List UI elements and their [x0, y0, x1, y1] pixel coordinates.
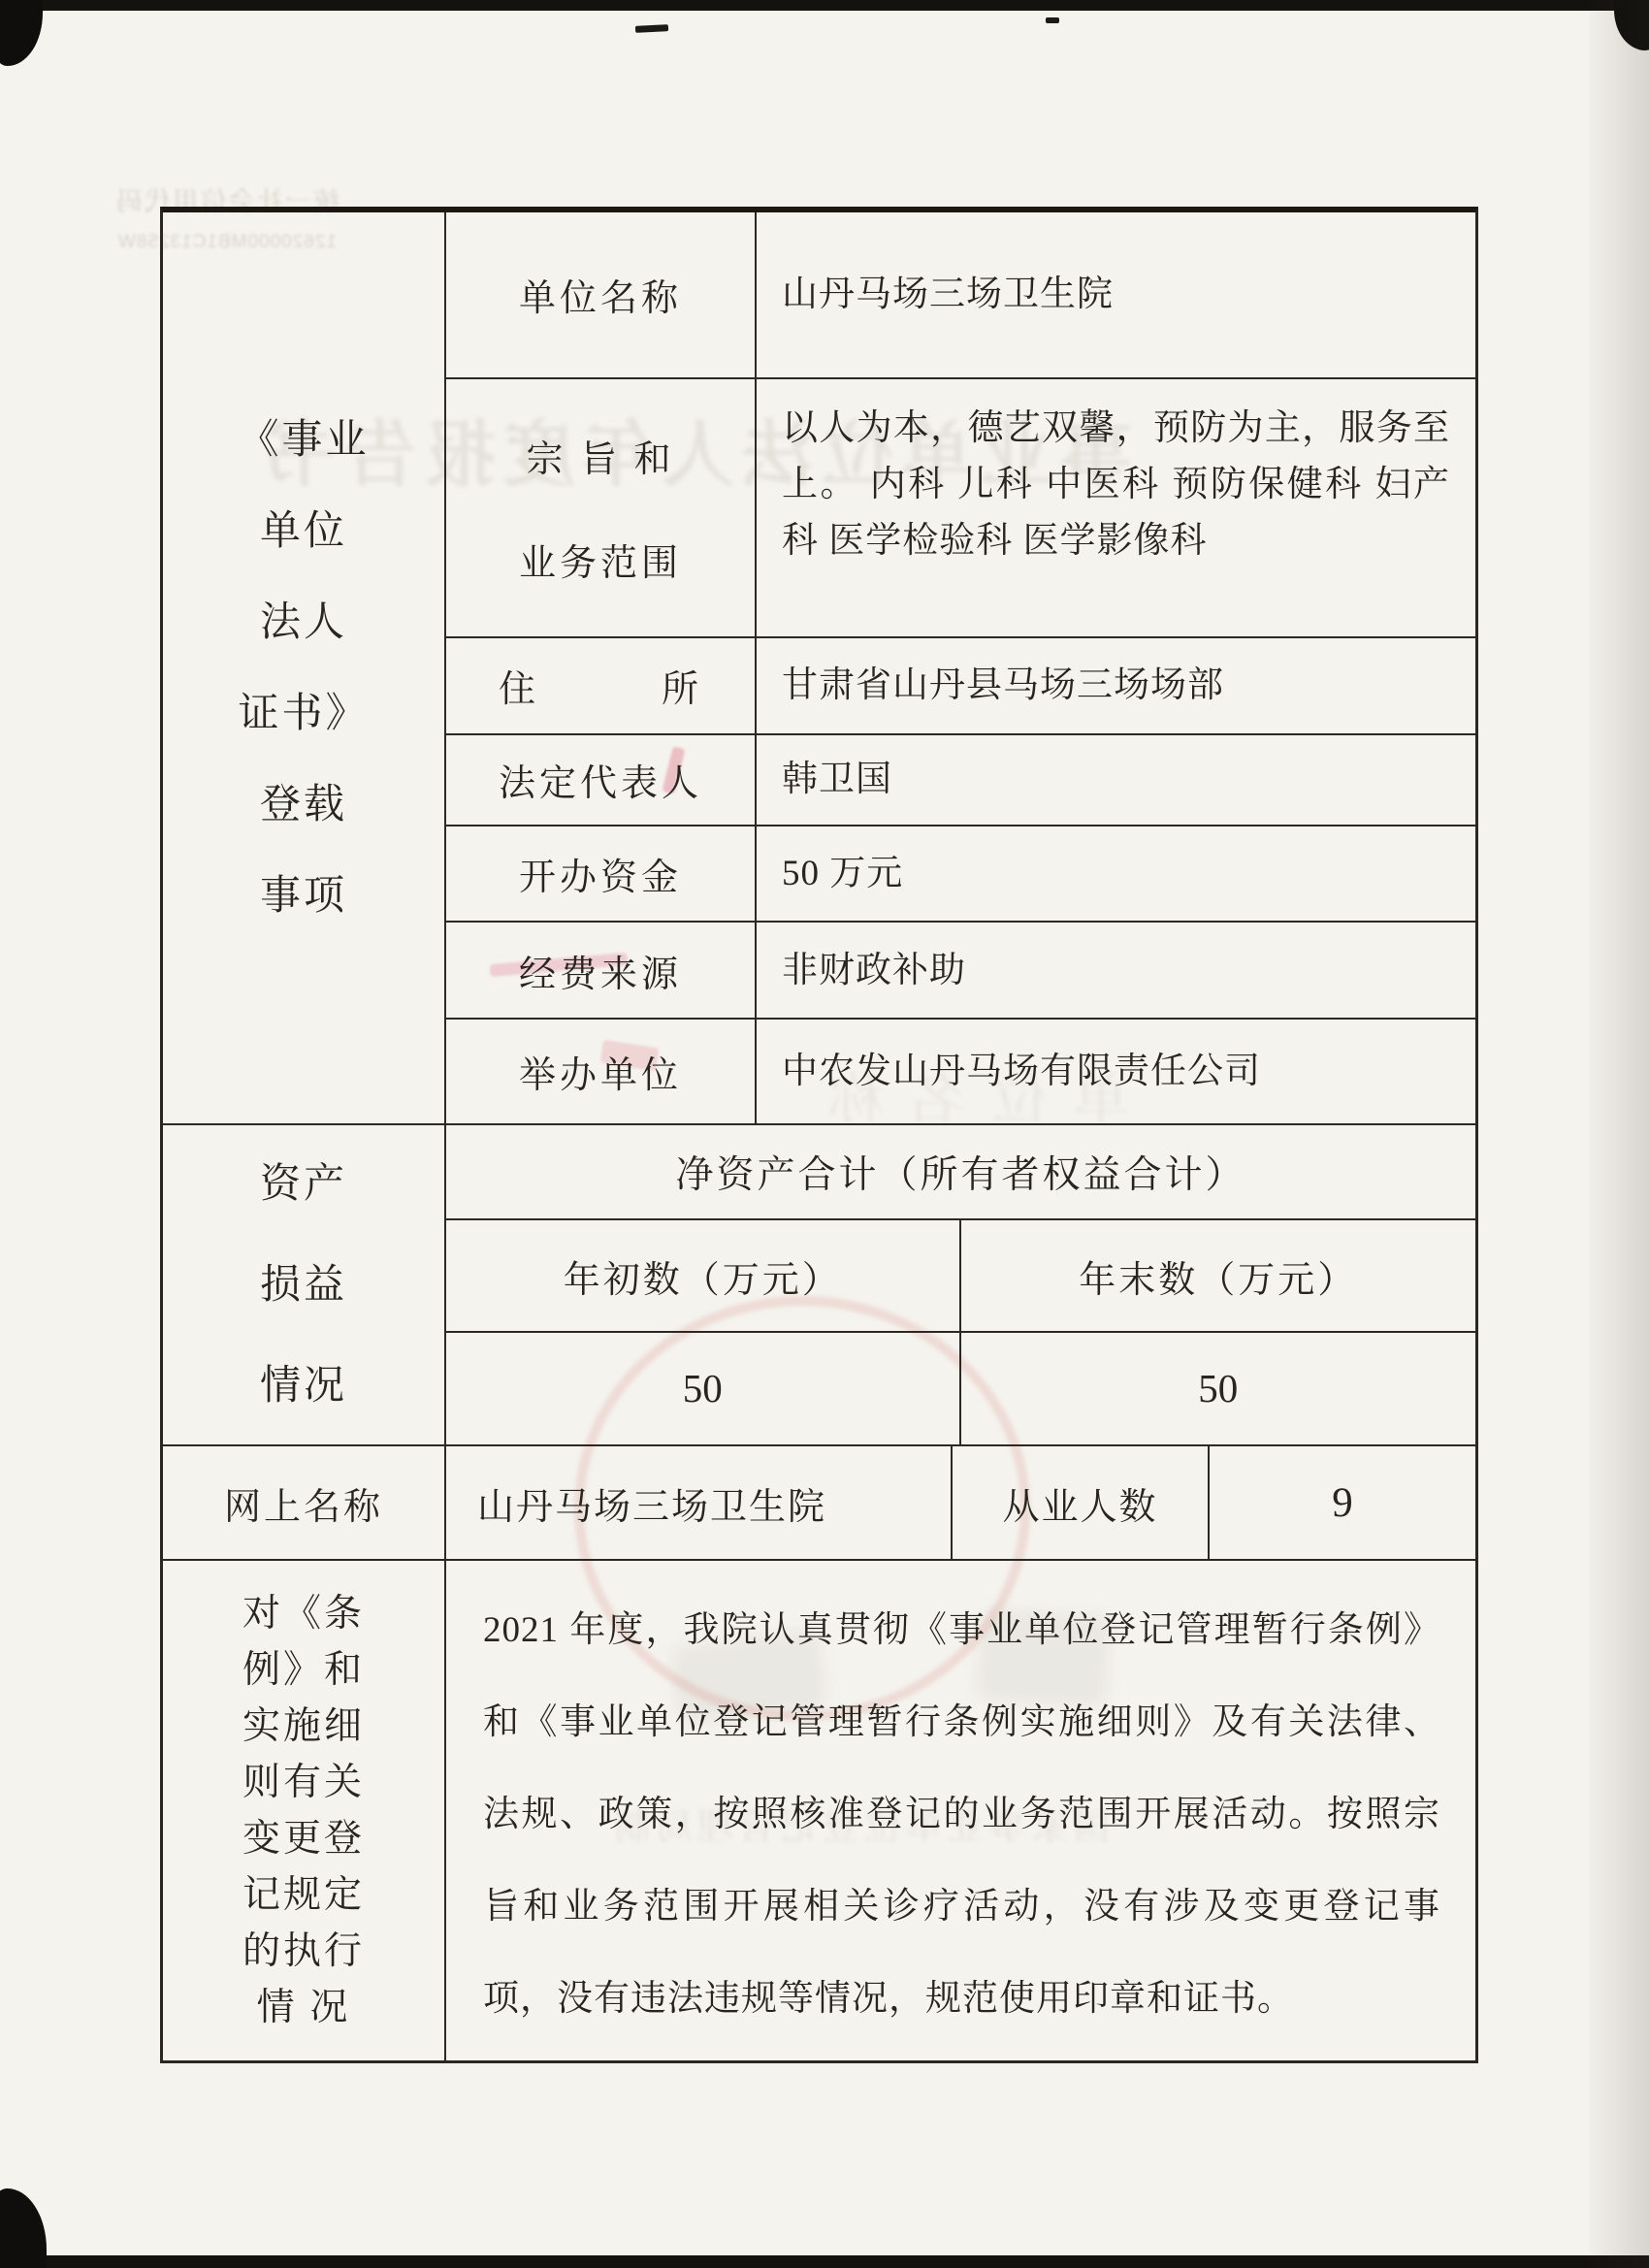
side-header-line: 损益: [260, 1265, 347, 1306]
net-assets-header: 净资产合计（所有者权益合计）: [446, 1125, 1475, 1220]
certificate-items-section: 《事业 单位 法人 证书》 登载 事项 单位名称 山丹马场三场卫生院 宗 旨 和…: [163, 212, 1475, 1125]
side-header-line: 事项: [260, 876, 347, 917]
online-name-row: 网上名称 山丹马场三场卫生院 从业人数 9: [163, 1446, 1475, 1561]
assets-column-headers: 年初数（万元） 年末数（万元）: [446, 1220, 1475, 1332]
side-header-line: 证书》: [238, 694, 369, 734]
page-edge-shadow: [1589, 0, 1649, 2268]
online-name-value: 山丹马场三场卫生院: [446, 1446, 953, 1559]
side-header-line: 例》和: [242, 1651, 365, 1689]
mission-value: 以人为本，德艺双馨，预防为主，服务至上。 内科 儿科 中医科 预防保健科 妇产科…: [757, 379, 1475, 636]
sponsor-unit-value: 中农发山丹马场有限责任公司: [757, 1020, 1475, 1123]
scan-speck: [1046, 17, 1059, 23]
startup-capital-value: 50 万元: [757, 826, 1475, 922]
funding-source-label: 经费来源: [446, 923, 757, 1018]
online-name-label: 网上名称: [163, 1446, 446, 1559]
assets-section: 资产 损益 情况 净资产合计（所有者权益合计） 年初数（万元） 年末数（万元） …: [163, 1125, 1475, 1446]
legal-representative-value: 韩卫国: [757, 735, 1475, 825]
scan-edge-top: [0, 0, 1649, 11]
side-header-line: 变更登: [242, 1820, 365, 1858]
certificate-items-side-header: 《事业 单位 法人 证书》 登载 事项: [163, 212, 446, 1123]
address-value: 甘肃省山丹县马场三场场部: [757, 638, 1475, 733]
compliance-section: 对《条 例》和 实施细 则有关 变更登 记规定 的执行 情 况 2021 年度，…: [163, 1561, 1475, 2060]
staff-count-label: 从业人数: [953, 1446, 1210, 1559]
year-end-value: 50: [961, 1333, 1476, 1444]
scanned-annual-report-page: 统一社会信用代码 12620000MB1C13258W 事业单位法人年度报告书 …: [0, 0, 1649, 2268]
row-mission-and-scope: 宗 旨 和 业务范围 以人为本，德艺双馨，预防为主，服务至上。 内科 儿科 中医…: [446, 379, 1475, 638]
side-header-line: 则有关: [242, 1764, 365, 1801]
side-header-line: 《事业: [238, 420, 369, 461]
mission-label-line1: 宗 旨 和: [526, 429, 674, 482]
funding-source-value: 非财政补助: [757, 923, 1475, 1018]
legal-representative-label: 法定代表人: [446, 735, 757, 825]
scan-corner-blot-bottom-left: [0, 2188, 47, 2268]
year-end-header: 年末数（万元）: [961, 1220, 1476, 1330]
row-funding-source: 经费来源 非财政补助: [446, 923, 1475, 1020]
side-header-line: 法人: [260, 602, 347, 643]
side-header-line: 登载: [260, 785, 347, 826]
scan-corner-blot-top-left: [0, 0, 43, 66]
mission-label: 宗 旨 和 业务范围: [446, 379, 757, 636]
row-address: 住 所 甘肃省山丹县马场三场场部: [446, 638, 1475, 735]
row-legal-representative: 法定代表人 韩卫国: [446, 735, 1475, 826]
side-header-line: 单位: [260, 511, 347, 552]
staff-count-value: 9: [1210, 1446, 1475, 1559]
registration-table: 《事业 单位 法人 证书》 登载 事项 单位名称 山丹马场三场卫生院 宗 旨 和…: [160, 207, 1478, 2063]
mission-label-line2: 业务范围: [519, 533, 682, 586]
year-begin-value: 50: [446, 1333, 961, 1444]
row-sponsor-unit: 举办单位 中农发山丹马场有限责任公司: [446, 1020, 1475, 1123]
side-header-line: 情况: [260, 1366, 347, 1407]
unit-name-value: 山丹马场三场卫生院: [757, 212, 1475, 377]
side-header-line: 的执行: [242, 1932, 365, 1970]
side-header-line: 记规定: [242, 1876, 365, 1914]
side-header-line: 对《条: [242, 1595, 365, 1633]
assets-grid: 净资产合计（所有者权益合计） 年初数（万元） 年末数（万元） 50 50: [446, 1125, 1475, 1444]
scan-edge-bottom: [0, 2255, 1649, 2268]
compliance-side-header: 对《条 例》和 实施细 则有关 变更登 记规定 的执行 情 况: [163, 1561, 446, 2060]
startup-capital-label: 开办资金: [446, 826, 757, 922]
assets-side-header: 资产 损益 情况: [163, 1125, 446, 1444]
sponsor-unit-label: 举办单位: [446, 1020, 757, 1123]
side-header-line: 实施细: [242, 1707, 365, 1745]
unit-name-label: 单位名称: [446, 212, 757, 377]
assets-values-row: 50 50: [446, 1333, 1475, 1444]
address-label: 住 所: [446, 638, 757, 733]
compliance-statement: 2021 年度，我院认真贯彻《事业单位登记管理暂行条例》和《事业单位登记管理暂行…: [446, 1561, 1475, 2060]
row-unit-name: 单位名称 山丹马场三场卫生院: [446, 212, 1475, 379]
row-startup-capital: 开办资金 50 万元: [446, 826, 1475, 923]
certificate-items-rows: 单位名称 山丹马场三场卫生院 宗 旨 和 业务范围 以人为本，德艺双馨，预防为主…: [446, 212, 1475, 1123]
scan-speck: [635, 24, 668, 33]
side-header-line: 情 况: [257, 1989, 351, 2026]
year-begin-header: 年初数（万元）: [446, 1220, 961, 1330]
side-header-line: 资产: [260, 1164, 347, 1205]
